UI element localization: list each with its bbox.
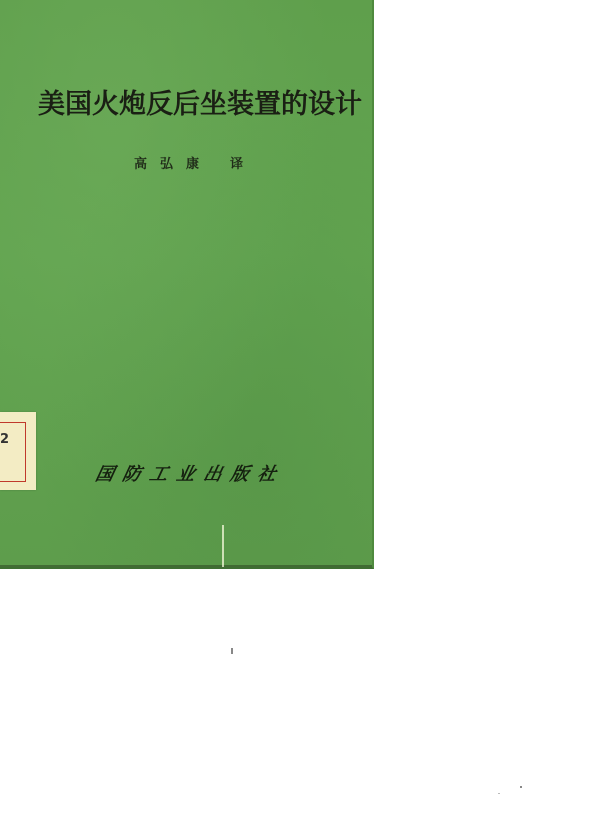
publisher-char: 社: [255, 460, 279, 486]
cover-crease: [222, 525, 224, 567]
publisher-char: 业: [174, 460, 198, 486]
translator-char: 译: [230, 153, 243, 172]
label-frame: [0, 422, 26, 482]
translator-char: 康: [186, 153, 199, 172]
publisher-char: 出: [201, 460, 225, 486]
book-title: 美国火炮反后坐装置的设计: [38, 82, 358, 121]
publisher-name: 国防工业出版社: [93, 460, 299, 486]
library-call-number-label: 2: [0, 412, 36, 490]
translator-char: 弘: [160, 153, 173, 172]
publisher-char: 防: [120, 460, 144, 486]
scan-speck: [498, 793, 500, 794]
publisher-char: 国: [93, 460, 117, 486]
scan-speck: [231, 648, 233, 654]
call-number-text: 2: [0, 432, 9, 447]
scan-speck: [520, 786, 522, 788]
publisher-char: 版: [228, 460, 252, 486]
translator-char: 高: [134, 153, 147, 172]
translator-credit: 高弘康译: [134, 153, 274, 172]
book-cover: 美国火炮反后坐装置的设计 高弘康译 国防工业出版社 2: [0, 0, 374, 569]
publisher-char: 工: [147, 460, 171, 486]
